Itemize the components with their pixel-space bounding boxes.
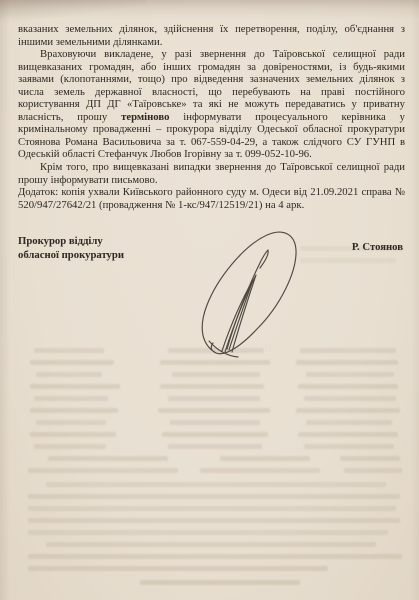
- signer-title-line1: Прокурор відділу: [18, 235, 124, 249]
- ghost-line: [28, 506, 396, 511]
- letter-body: вказаних земельних ділянок, здійснення ї…: [18, 23, 405, 262]
- ghost-line: [298, 432, 398, 437]
- ghost-line: [28, 494, 400, 499]
- paragraph-main: Враховуючи викладене, у разі звернення д…: [18, 48, 405, 161]
- ghost-line: [28, 518, 400, 523]
- ghost-line: [340, 456, 400, 461]
- ghost-line: [296, 360, 398, 365]
- signer-name: Р. Стоянов: [352, 241, 403, 254]
- ghost-line: [34, 348, 104, 353]
- ghost-line: [30, 384, 120, 389]
- ghost-line: [28, 554, 402, 559]
- signer-title-line2: обласної прокуратури: [18, 249, 124, 263]
- signer-title: Прокурор відділу обласної прокуратури: [18, 235, 124, 262]
- ghost-line: [36, 372, 102, 377]
- ghost-line: [304, 396, 396, 401]
- ghost-line: [34, 396, 108, 401]
- paragraph-request: Крім того, про вищевказані випадки зверн…: [18, 161, 405, 186]
- paragraph-continuation: вказаних земельних ділянок, здійснення ї…: [18, 23, 405, 48]
- ghost-line: [170, 420, 260, 425]
- ghost-line: [306, 372, 394, 377]
- ghost-line: [30, 432, 116, 437]
- ghost-line: [160, 360, 270, 365]
- ghost-line: [172, 372, 260, 377]
- ghost-line: [306, 420, 392, 425]
- ghost-line: [168, 444, 262, 449]
- ghost-line: [46, 482, 386, 487]
- ghost-line: [28, 530, 388, 535]
- ghost-line: [160, 384, 264, 389]
- ghost-line: [200, 468, 320, 473]
- urgency-emphasis: терміново: [121, 111, 169, 123]
- ghost-line: [28, 566, 328, 571]
- ghost-line: [28, 468, 178, 473]
- ghost-line: [344, 468, 402, 473]
- attachment-note: Додаток: копія ухвали Київського районно…: [18, 186, 405, 211]
- ghost-line: [168, 396, 260, 401]
- signature-block: Прокурор відділу обласної прокуратури Р.…: [18, 235, 405, 262]
- ghost-line: [220, 456, 310, 461]
- ghost-line: [162, 432, 268, 437]
- ghost-line: [46, 542, 376, 547]
- scanned-document-page: вказаних земельних ділянок, здійснення ї…: [0, 0, 419, 600]
- ghost-line: [48, 456, 168, 461]
- ghost-line: [296, 408, 400, 413]
- ghost-line: [30, 408, 118, 413]
- ghost-line: [140, 580, 300, 585]
- ghost-line: [168, 348, 264, 353]
- ghost-line: [300, 348, 396, 353]
- ghost-line: [30, 360, 114, 365]
- ghost-line: [34, 444, 106, 449]
- ghost-line: [158, 408, 270, 413]
- ghost-line: [298, 384, 398, 389]
- ghost-line: [304, 444, 394, 449]
- ghost-line: [36, 420, 106, 425]
